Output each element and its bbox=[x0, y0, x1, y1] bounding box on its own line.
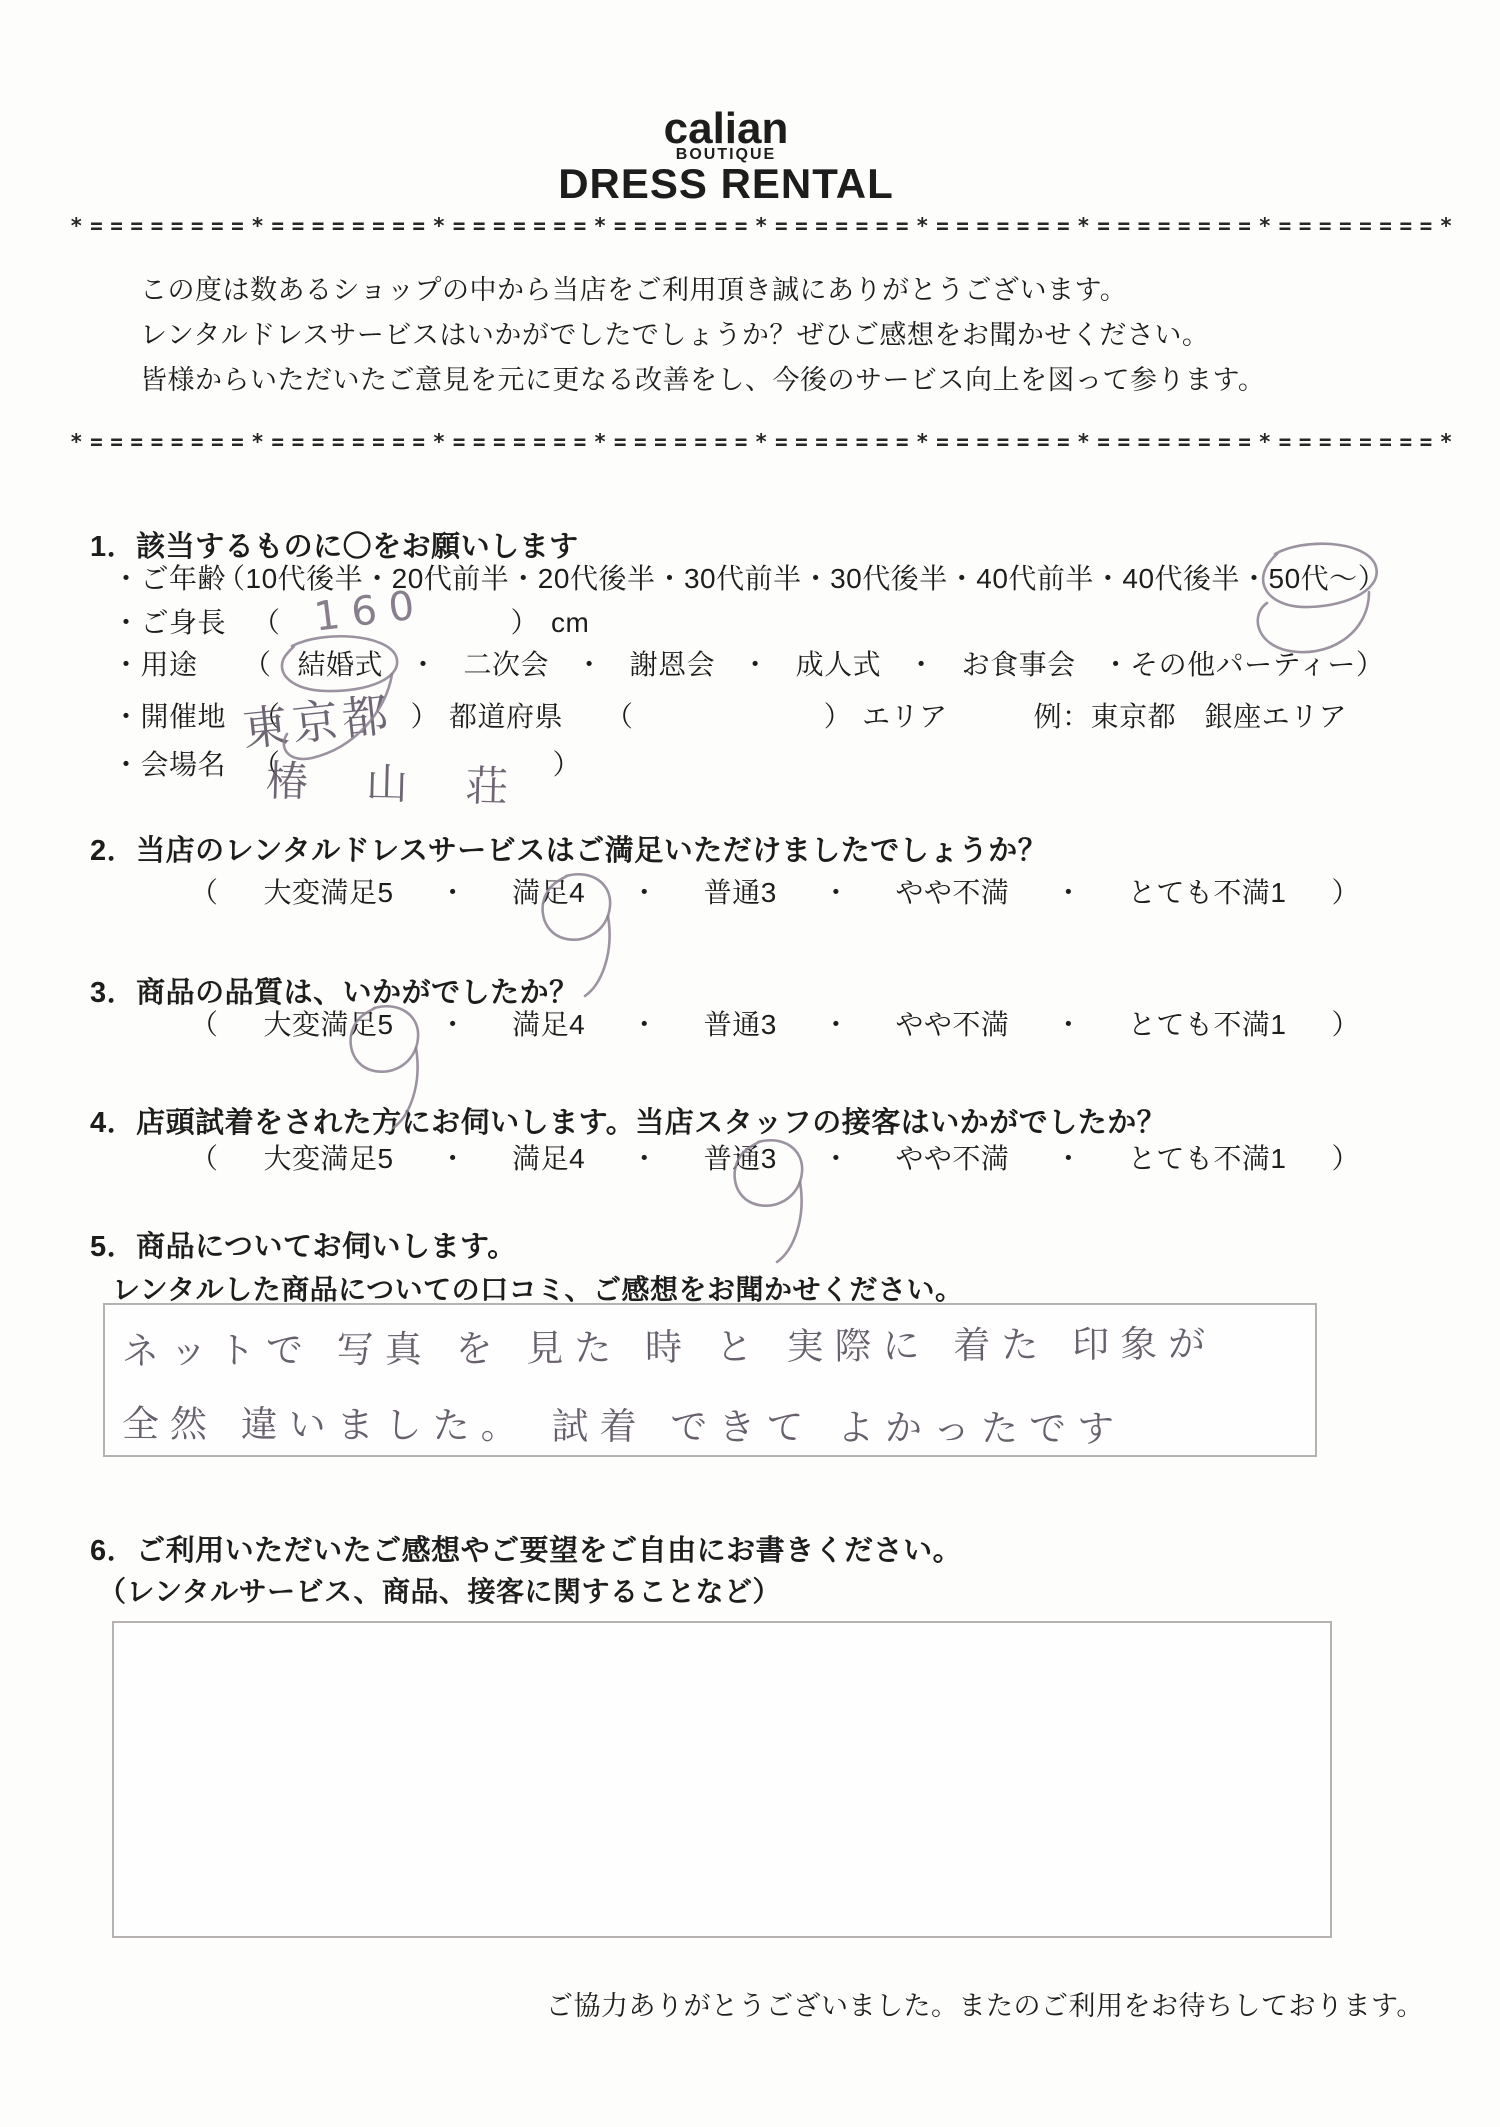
option-text: 満足 bbox=[512, 1143, 569, 1174]
handwritten-comment-line-2: 全然 違いました。 試着 できて よかったです bbox=[122, 1393, 1125, 1452]
separator-dot: ・ bbox=[822, 876, 851, 910]
option-text: 満足 bbox=[512, 877, 569, 908]
option-num: 1 bbox=[1270, 1009, 1286, 1040]
q5-heading: 5．商品についてお伺いします。 bbox=[90, 1224, 517, 1265]
option-num: 3 bbox=[761, 877, 777, 908]
option-text: 大変満足 bbox=[264, 1009, 378, 1040]
intro-line-2: レンタルドレスサービスはいかがでしたでしょうか？ぜひご感想をお聞かせください。 bbox=[140, 313, 1265, 358]
handwritten-venue-value: 椿山荘 bbox=[265, 748, 566, 816]
paren-close: ） bbox=[411, 700, 440, 734]
q1-purpose-option: お食事会 bbox=[962, 648, 1076, 682]
separator-dot: ・ bbox=[741, 648, 770, 682]
q1-purpose-option: 成人式 bbox=[796, 648, 882, 682]
separator-dot: ・ bbox=[1054, 876, 1083, 910]
paren-open: （ bbox=[252, 606, 281, 640]
q6-comment-box-empty bbox=[112, 1621, 1332, 1938]
brand-title: DRESS RENTAL bbox=[0, 160, 1452, 208]
option-num: 5 bbox=[378, 877, 394, 908]
option-num: 5 bbox=[378, 1009, 394, 1040]
option-text: 大変満足 bbox=[264, 877, 378, 908]
separator-dot: ・ bbox=[630, 1008, 659, 1042]
scale-option: やや不満 bbox=[895, 1142, 1009, 1176]
separator-dot: ・ bbox=[630, 876, 659, 910]
q1-age-label: ・ご年齢 bbox=[112, 562, 217, 596]
option-text: 満足 bbox=[512, 1009, 569, 1040]
scale-option-circled: 大変満足5 bbox=[264, 1008, 394, 1042]
q1-location-example: 例：東京都 銀座エリア bbox=[1034, 700, 1348, 734]
intro-line-3: 皆様からいただいたご意見を元に更なる改善をし、今後のサービス向上を図って参ります… bbox=[140, 358, 1265, 403]
separator-dot: ・ bbox=[439, 1008, 468, 1042]
q2-heading: 2．当店のレンタルドレスサービスはご満足いただけましたでしょうか？ bbox=[90, 828, 1047, 869]
q1-height-label: ・ご身長 bbox=[112, 606, 217, 640]
q1-heading: 1．該当するものに〇をお願いします bbox=[90, 524, 579, 565]
scale-option: 普通3 bbox=[704, 876, 777, 910]
separator-dot: ・ bbox=[439, 876, 468, 910]
option-num: 1 bbox=[1270, 1143, 1286, 1174]
paren-open: （ bbox=[217, 562, 246, 596]
scale-option: 満足4 bbox=[512, 1008, 585, 1042]
option-text: 普通 bbox=[704, 1143, 761, 1174]
q1-age-row: ・ご年齢 （ 10代後半・20代前半・20代後半・30代前半・30代後半・40代… bbox=[112, 562, 1386, 596]
option-num: 1 bbox=[1270, 877, 1286, 908]
option-text: 普通 bbox=[704, 1009, 761, 1040]
scale-option: やや不満 bbox=[895, 876, 1009, 910]
option-num: 4 bbox=[569, 1009, 585, 1040]
paren-close: ） bbox=[511, 606, 540, 640]
q1-venue-label: ・会場名 bbox=[112, 748, 217, 782]
scale-option: とても不満1 bbox=[1128, 876, 1287, 910]
separator-dot: ・ bbox=[1054, 1142, 1083, 1176]
paren-open: （ bbox=[605, 700, 634, 734]
divider-top: *========*========*=======*=======*=====… bbox=[70, 214, 1478, 238]
separator-dot: ・ bbox=[822, 1008, 851, 1042]
q3-scale-row: （ 大変満足5 ・ 満足4 ・ 普通3 ・ やや不満 ・ とても不満1 ） bbox=[0, 1008, 1360, 1042]
q1-location-label: ・開催地 bbox=[112, 700, 217, 734]
paren-open: （ bbox=[190, 1008, 219, 1042]
scale-option-circled: 普通3 bbox=[704, 1142, 777, 1176]
separator-dot: ・ bbox=[439, 1142, 468, 1176]
paren-open: （ bbox=[243, 648, 272, 682]
scale-option: 満足4 bbox=[512, 1142, 585, 1176]
q1-purpose-option: 二次会 bbox=[464, 648, 550, 682]
scale-option-circled: 満足4 bbox=[512, 876, 585, 910]
paren-close: ） bbox=[824, 700, 853, 734]
q1-purpose-option: 謝恩会 bbox=[630, 648, 716, 682]
separator-dot: ・ bbox=[409, 648, 438, 682]
option-text: とても不満 bbox=[1128, 1009, 1271, 1040]
q4-scale-row: （ 大変満足5 ・ 満足4 ・ 普通3 ・ やや不満 ・ とても不満1 ） bbox=[0, 1142, 1360, 1176]
scale-option: 大変満足5 bbox=[264, 876, 394, 910]
scale-option: やや不満 bbox=[895, 1008, 1009, 1042]
paren-open: （ bbox=[190, 1142, 219, 1176]
q1-purpose-label: ・用途 bbox=[112, 648, 217, 682]
q1-height-unit: cm bbox=[551, 606, 589, 640]
option-text: とても不満 bbox=[1128, 1143, 1271, 1174]
scale-option: 普通3 bbox=[704, 1008, 777, 1042]
paren-close: ） bbox=[1358, 562, 1387, 596]
paren-close: ） bbox=[1331, 1142, 1360, 1176]
separator-dot: ・ bbox=[630, 1142, 659, 1176]
intro-line-1: この度は数あるショップの中から当店をご利用頂き誠にありがとうございます。 bbox=[140, 268, 1265, 313]
q1-purpose-row: ・用途 （ 結婚式 ・ 二次会 ・ 謝恩会 ・ 成人式 ・ お食事会 ・その他パ… bbox=[112, 648, 1384, 682]
q2-scale-row: （ 大変満足5 ・ 満足4 ・ 普通3 ・ やや不満 ・ とても不満1 ） bbox=[0, 876, 1360, 910]
q4-heading: 4．店頭試着をされた方にお伺いします。当店スタッフの接客はいかがでしたか？ bbox=[90, 1100, 1166, 1141]
q3-heading: 3．商品の品質は、いかがでしたか？ bbox=[90, 970, 579, 1011]
q1-age-circled-option: 50代～ bbox=[1269, 562, 1358, 596]
separator-dot: ・ bbox=[822, 1142, 851, 1176]
scale-option: 大変満足5 bbox=[264, 1142, 394, 1176]
option-text: とても不満 bbox=[1128, 877, 1271, 908]
option-num: 5 bbox=[378, 1143, 394, 1174]
option-text: 普通 bbox=[704, 877, 761, 908]
q1-purpose-circled-option: 結婚式 bbox=[298, 648, 384, 682]
q5-subheading: レンタルした商品についての口コミ、ご感想をお聞かせください。 bbox=[112, 1268, 964, 1308]
q1-area-label: エリア bbox=[862, 700, 948, 734]
separator-dot: ・ bbox=[907, 648, 936, 682]
q1-purpose-tail: ・その他パーティー） bbox=[1102, 648, 1385, 682]
separator-dot: ・ bbox=[1054, 1008, 1083, 1042]
scale-option: とても不満1 bbox=[1128, 1142, 1287, 1176]
survey-page: calian BOUTIQUE DRESS RENTAL *========*=… bbox=[0, 0, 1500, 2127]
option-num: 4 bbox=[569, 1143, 585, 1174]
handwritten-comment-line-1: ネットで 写真 を 見た 時 と 実際に 着た 印象が bbox=[122, 1313, 1216, 1375]
option-num: 4 bbox=[569, 877, 585, 908]
pen-circle-age bbox=[1258, 544, 1377, 652]
paren-open: （ bbox=[190, 876, 219, 910]
intro-paragraph: この度は数あるショップの中から当店をご利用頂き誠にありがとうございます。 レンタ… bbox=[140, 268, 1265, 403]
separator-dot: ・ bbox=[575, 648, 604, 682]
option-text: 大変満足 bbox=[264, 1143, 378, 1174]
option-num: 3 bbox=[761, 1143, 777, 1174]
q1-location-pref-label: 都道府県 bbox=[449, 700, 563, 734]
paren-close: ） bbox=[1331, 1008, 1360, 1042]
scale-option: とても不満1 bbox=[1128, 1008, 1287, 1042]
q6-subheading: （レンタルサービス、商品、接客に関することなど） bbox=[98, 1570, 781, 1610]
option-num: 3 bbox=[761, 1009, 777, 1040]
divider-bottom: *========*========*=======*=======*=====… bbox=[70, 430, 1478, 454]
footer-thanks-message: ご協力ありがとうございました。またのご利用をお待ちしております。 bbox=[546, 1984, 1424, 2023]
q6-heading: 6．ご利用いただいたご感想やご要望をご自由にお書きください。 bbox=[90, 1528, 962, 1569]
paren-close: ） bbox=[1331, 876, 1360, 910]
